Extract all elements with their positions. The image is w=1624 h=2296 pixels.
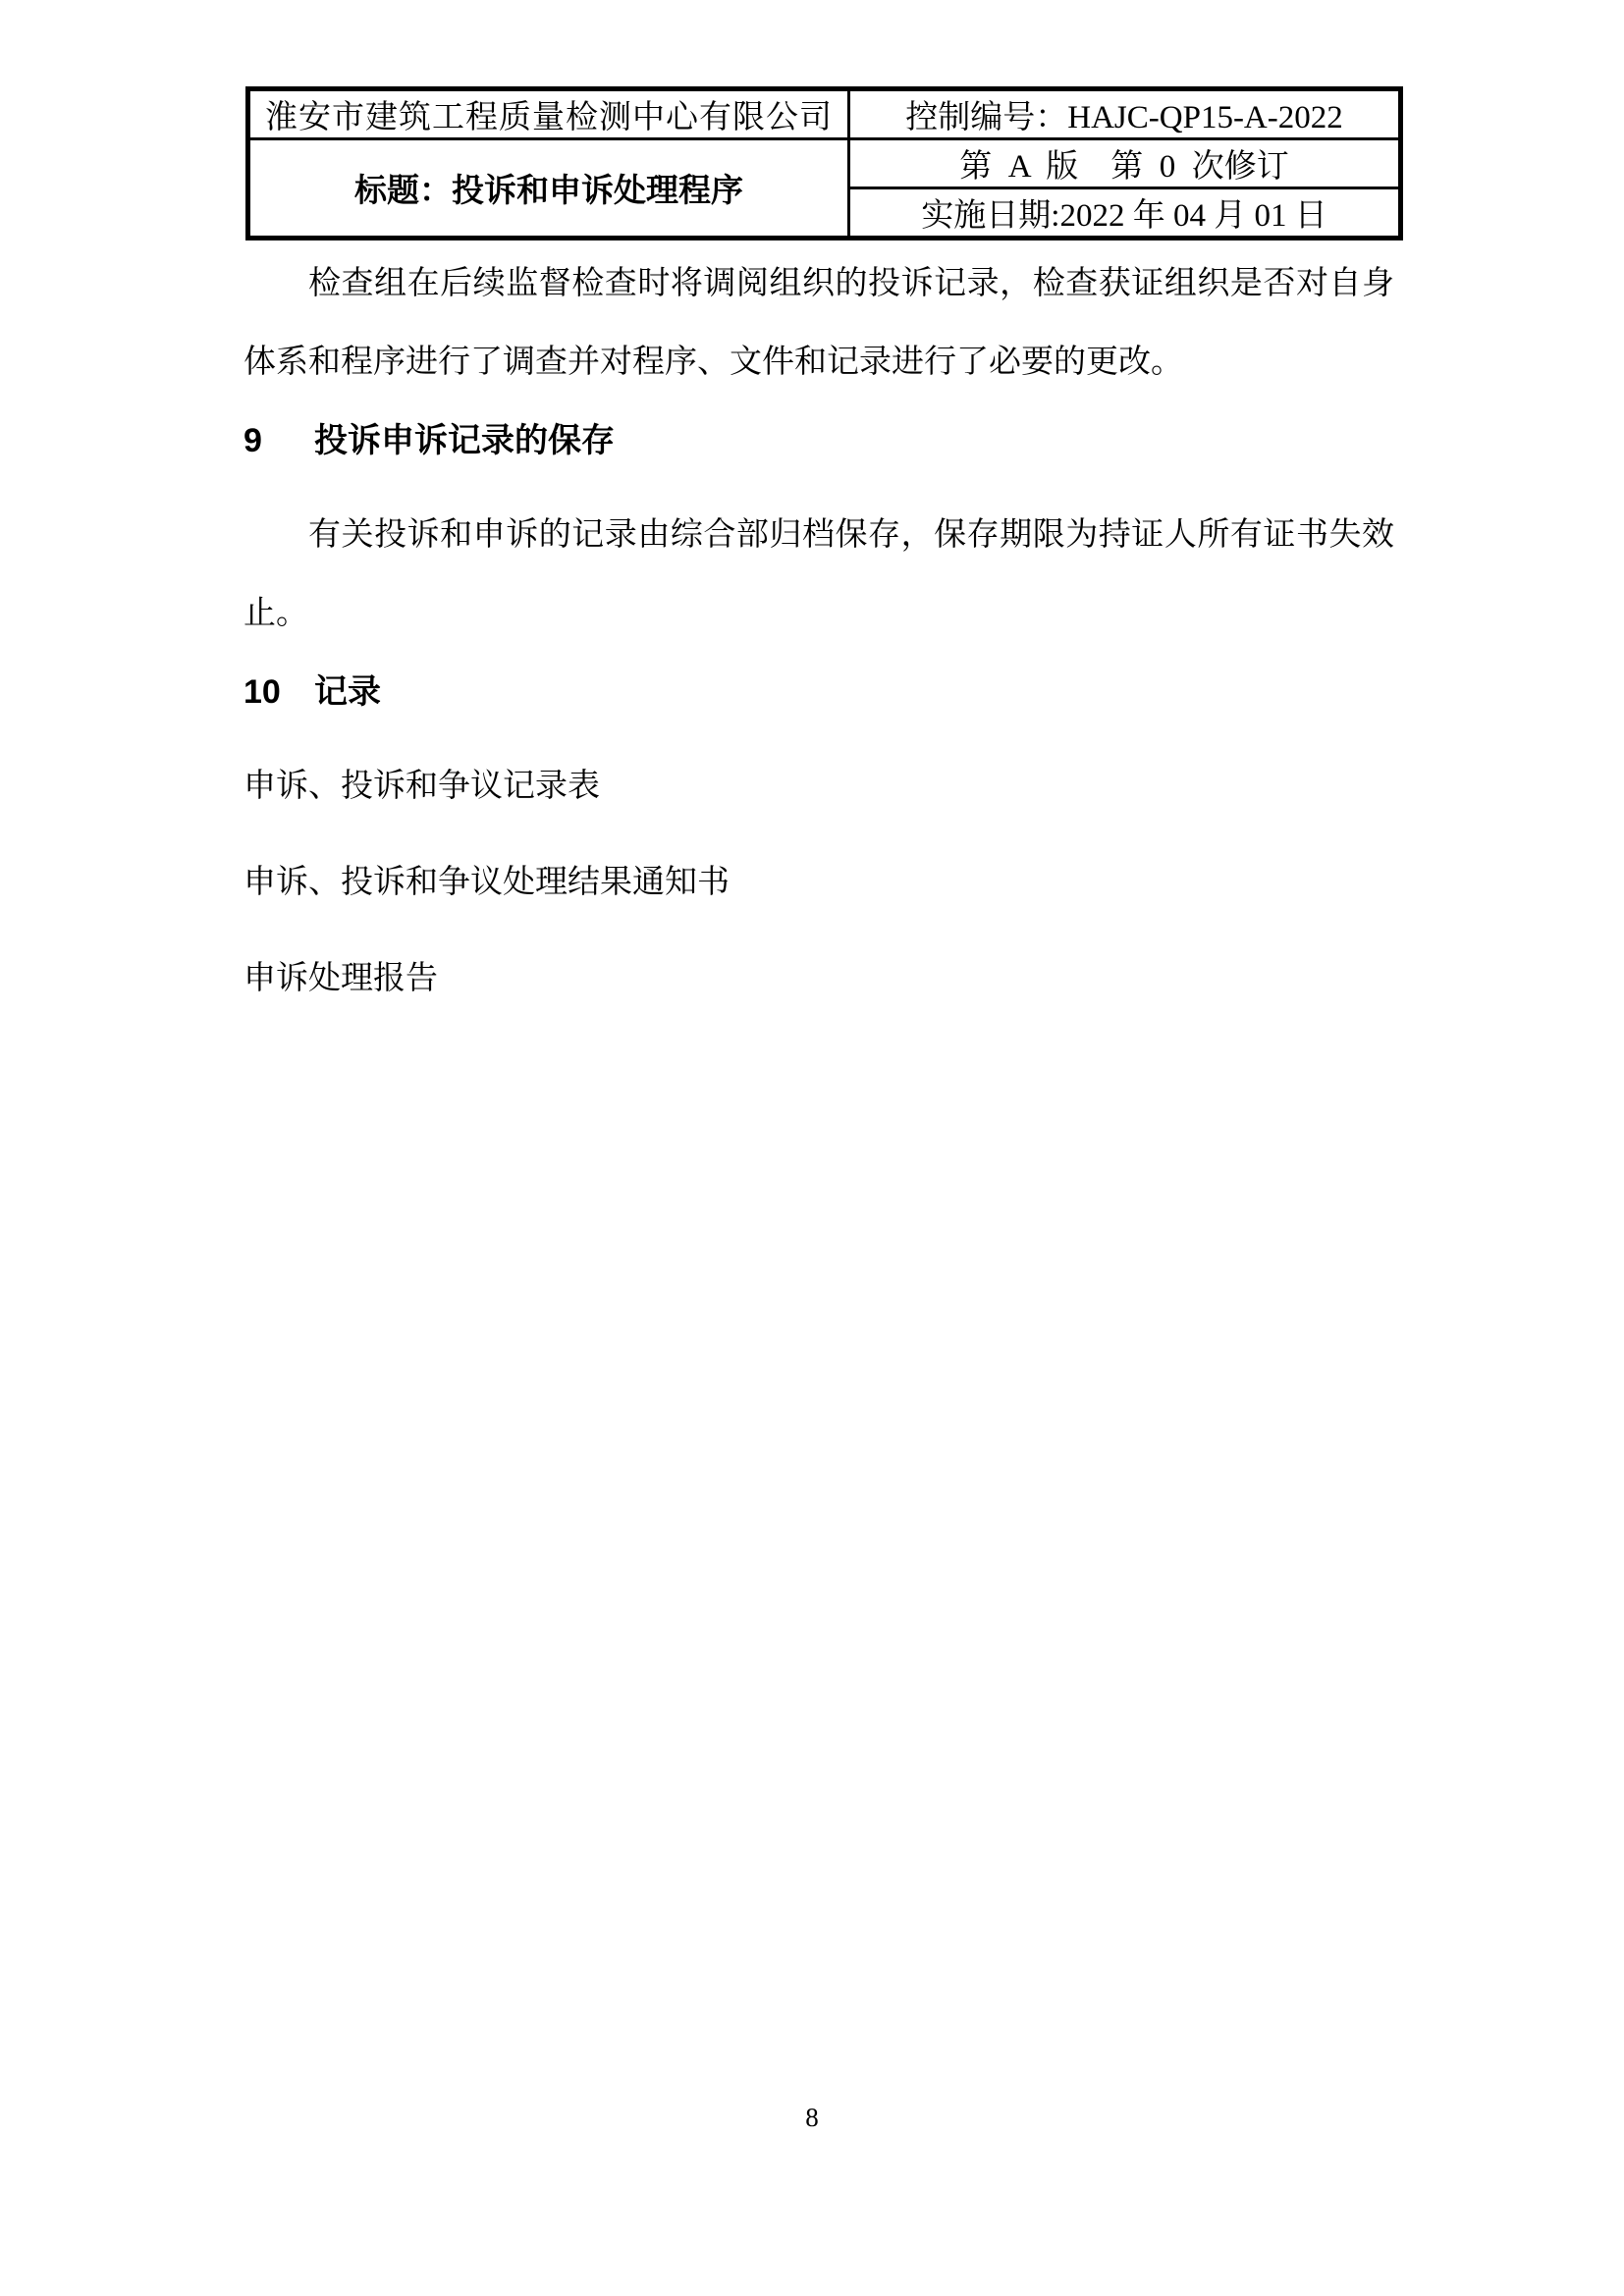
record-item-appeal-report: 申诉处理报告	[244, 939, 1394, 1018]
document-page: 淮安市建筑工程质量检测中心有限公司 控制编号：HAJC-QP15-A-2022 …	[0, 0, 1624, 2296]
paragraph-supervision-check: 检查组在后续监督检查时将调阅组织的投诉记录，检查获证组织是否对自身体系和程序进行…	[244, 244, 1394, 401]
document-body: 检查组在后续监督检查时将调阅组织的投诉记录，检查获证组织是否对自身体系和程序进行…	[244, 229, 1394, 1018]
page-number: 8	[0, 2103, 1624, 2133]
section-10-number: 10	[244, 653, 314, 731]
document-title: 标题：投诉和申诉处理程序	[248, 139, 849, 239]
header-table: 淮安市建筑工程质量检测中心有限公司 控制编号：HAJC-QP15-A-2022 …	[245, 86, 1403, 240]
section-9-heading: 9投诉申诉记录的保存	[244, 401, 1394, 480]
section-10-heading: 10记录	[244, 653, 1394, 731]
control-number: 控制编号：HAJC-QP15-A-2022	[849, 89, 1401, 139]
section-10-title: 记录	[314, 673, 381, 711]
section-9-title: 投诉申诉记录的保存	[314, 422, 615, 459]
record-item-result-notice: 申诉、投诉和争议处理结果通知书	[244, 843, 1394, 922]
record-item-dispute-record-form: 申诉、投诉和争议记录表	[244, 747, 1394, 826]
company-name: 淮安市建筑工程质量检测中心有限公司	[248, 89, 849, 139]
section-9-number: 9	[244, 401, 314, 480]
paragraph-record-retention: 有关投诉和申诉的记录由综合部归档保存，保存期限为持证人所有证书失效止。	[244, 496, 1394, 653]
revision-info: 第 A 版 第 0 次修订	[849, 139, 1401, 188]
